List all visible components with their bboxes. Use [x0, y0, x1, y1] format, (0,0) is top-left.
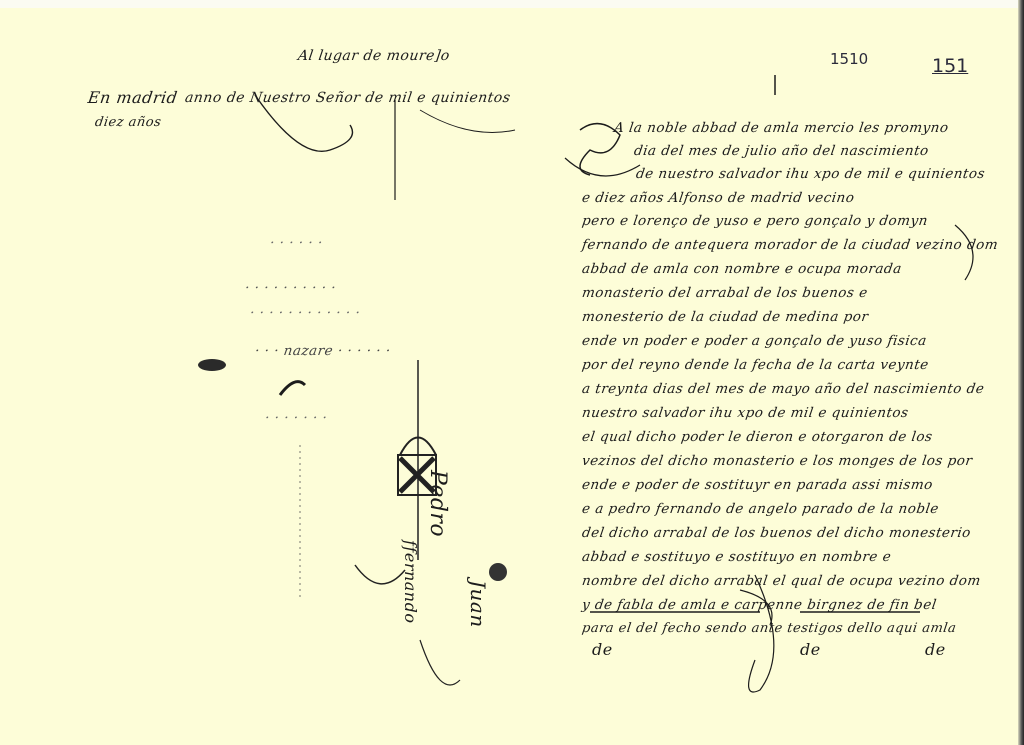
- ink-blot-icon: [198, 359, 226, 371]
- text-line: el qual dicho poder le dieron e otorgaro…: [581, 429, 934, 445]
- closing-signature: de: [800, 640, 821, 659]
- text-line: para el del fecho sendo ante testigos de…: [581, 621, 957, 636]
- text-line: fernando de antequera morador de la ciud…: [581, 237, 999, 253]
- text-line: de nuestro salvador ihu xpo de mil e qui…: [635, 166, 986, 182]
- text-line: abbad de amla con nombre e ocupa morada: [581, 261, 903, 277]
- notary-sign-icon: [355, 360, 507, 584]
- closing-signature: de: [592, 640, 613, 659]
- text-line: vezinos del dicho monasterio e los monge…: [581, 453, 974, 469]
- text-line: ende vn poder e poder a gonçalo de yuso …: [581, 333, 928, 349]
- text-line: e a pedro fernando de angelo parado de l…: [581, 501, 940, 517]
- text-line: a treynta dias del mes de mayo año del n…: [581, 381, 986, 397]
- text-line: A la noble abbad de amla mercio les prom…: [613, 120, 950, 136]
- text-line: monasterio del arrabal de los buenos e: [581, 285, 869, 301]
- text-line: ende e poder de sostituyr en parada assi…: [581, 477, 934, 493]
- text-line: y de fabla de amla e carpenne birgnez de…: [581, 597, 938, 613]
- text-line: del dicho arrabal de los buenos del dich…: [581, 525, 972, 541]
- text-line: pero e lorenço de yuso e pero gonçalo y …: [581, 213, 929, 229]
- text-line: dia del mes de julio año del nascimiento: [633, 143, 930, 159]
- text-line: nuestro salvador ihu xpo de mil e quinie…: [581, 405, 910, 421]
- text-line: e diez años Alfonso de madrid vecino: [581, 190, 856, 206]
- manuscript-scan: 1510 151 Al lugar de moure]o En madrid a…: [0, 0, 1024, 745]
- closing-signature: de: [925, 640, 946, 659]
- text-line: nombre del dicho arrabal el qual de ocup…: [581, 573, 982, 589]
- text-line: abbad e sostituyo e sostituyo en nombre …: [581, 549, 892, 565]
- text-line: monesterio de la ciudad de medina por: [581, 309, 870, 325]
- text-line: por del reyno dende la fecha de la carta…: [581, 357, 930, 373]
